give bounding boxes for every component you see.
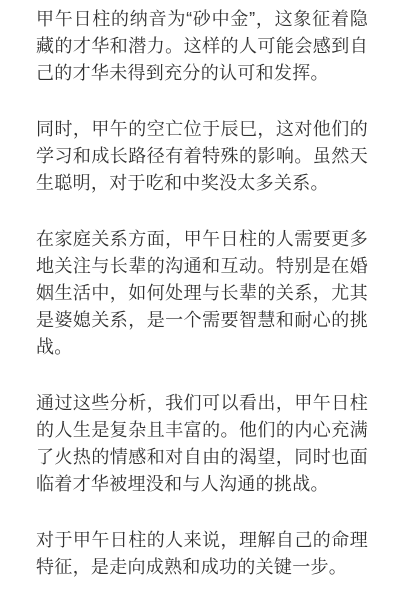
paragraph-analysis-summary: 通过这些分析，我们可以看出，甲午日柱的人生是复杂且丰富的。他们的内心充满了火热的…	[36, 390, 368, 498]
paragraph-family-relations: 在家庭关系方面，甲午日柱的人需要更多地关注与长辈的沟通和互动。特别是在婚姻生活中…	[36, 226, 368, 361]
paragraph-kongwang: 同时，甲午的空亡位于辰巳，这对他们的学习和成长路径有着特殊的影响。虽然天生聪明，…	[36, 116, 368, 197]
article-body: 甲午日柱的纳音为“砂中金”，这象征着隐藏的才华和潜力。这样的人可能会感到自己的才…	[0, 0, 401, 581]
paragraph-nayin: 甲午日柱的纳音为“砂中金”，这象征着隐藏的才华和潜力。这样的人可能会感到自己的才…	[36, 6, 368, 87]
paragraph-conclusion: 对于甲午日柱的人来说，理解自己的命理特征，是走向成熟和成功的关键一步。	[36, 527, 368, 581]
